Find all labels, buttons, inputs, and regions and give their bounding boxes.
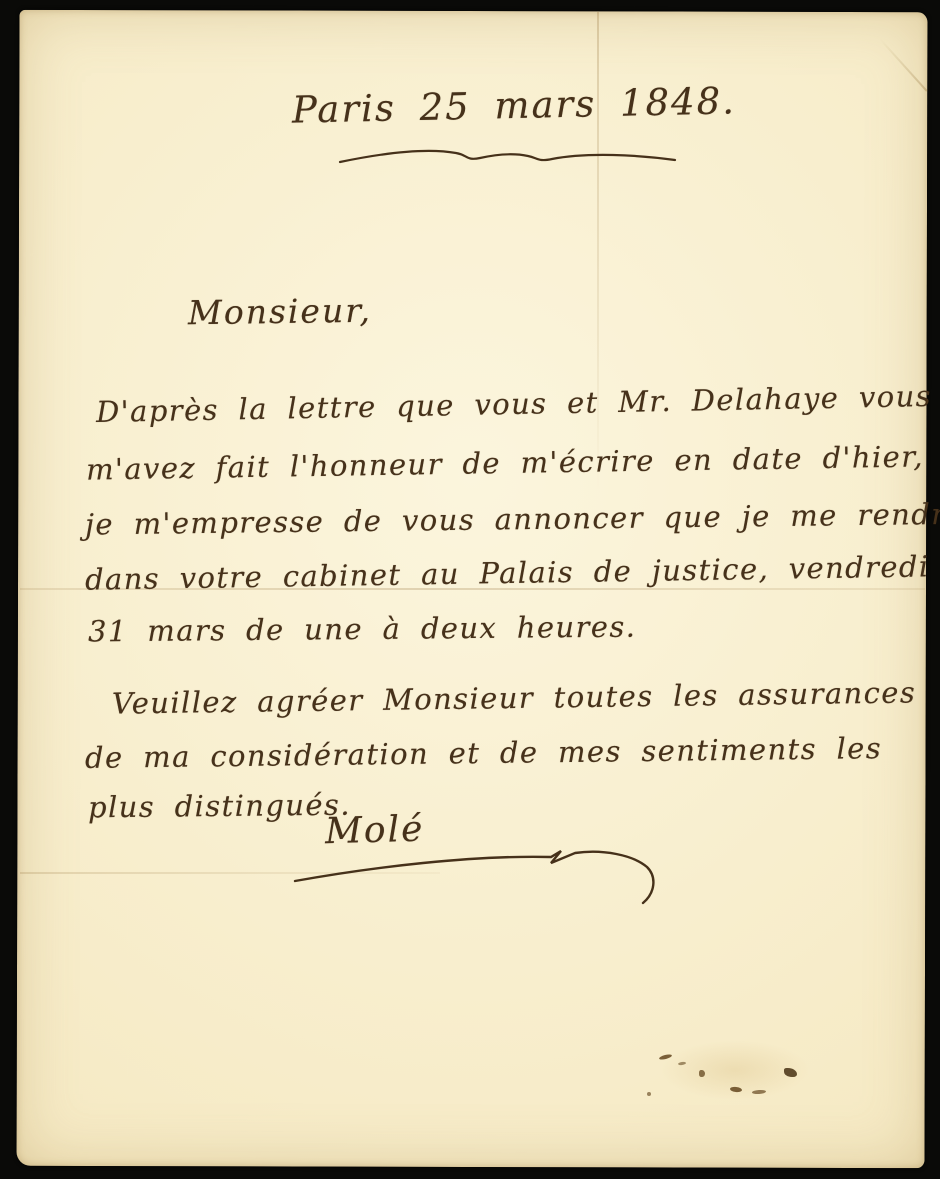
ink-stain [647, 1092, 651, 1096]
ink-stain [699, 1070, 705, 1077]
body-line: plus distingués. [88, 788, 351, 825]
scan-background: Paris 25 mars 1848. Monsieur, D'après la… [0, 0, 940, 1179]
body-line: 31 mars de une à deux heures. [88, 610, 637, 649]
salutation: Monsieur, [188, 291, 372, 333]
signature: Molé [324, 809, 424, 853]
